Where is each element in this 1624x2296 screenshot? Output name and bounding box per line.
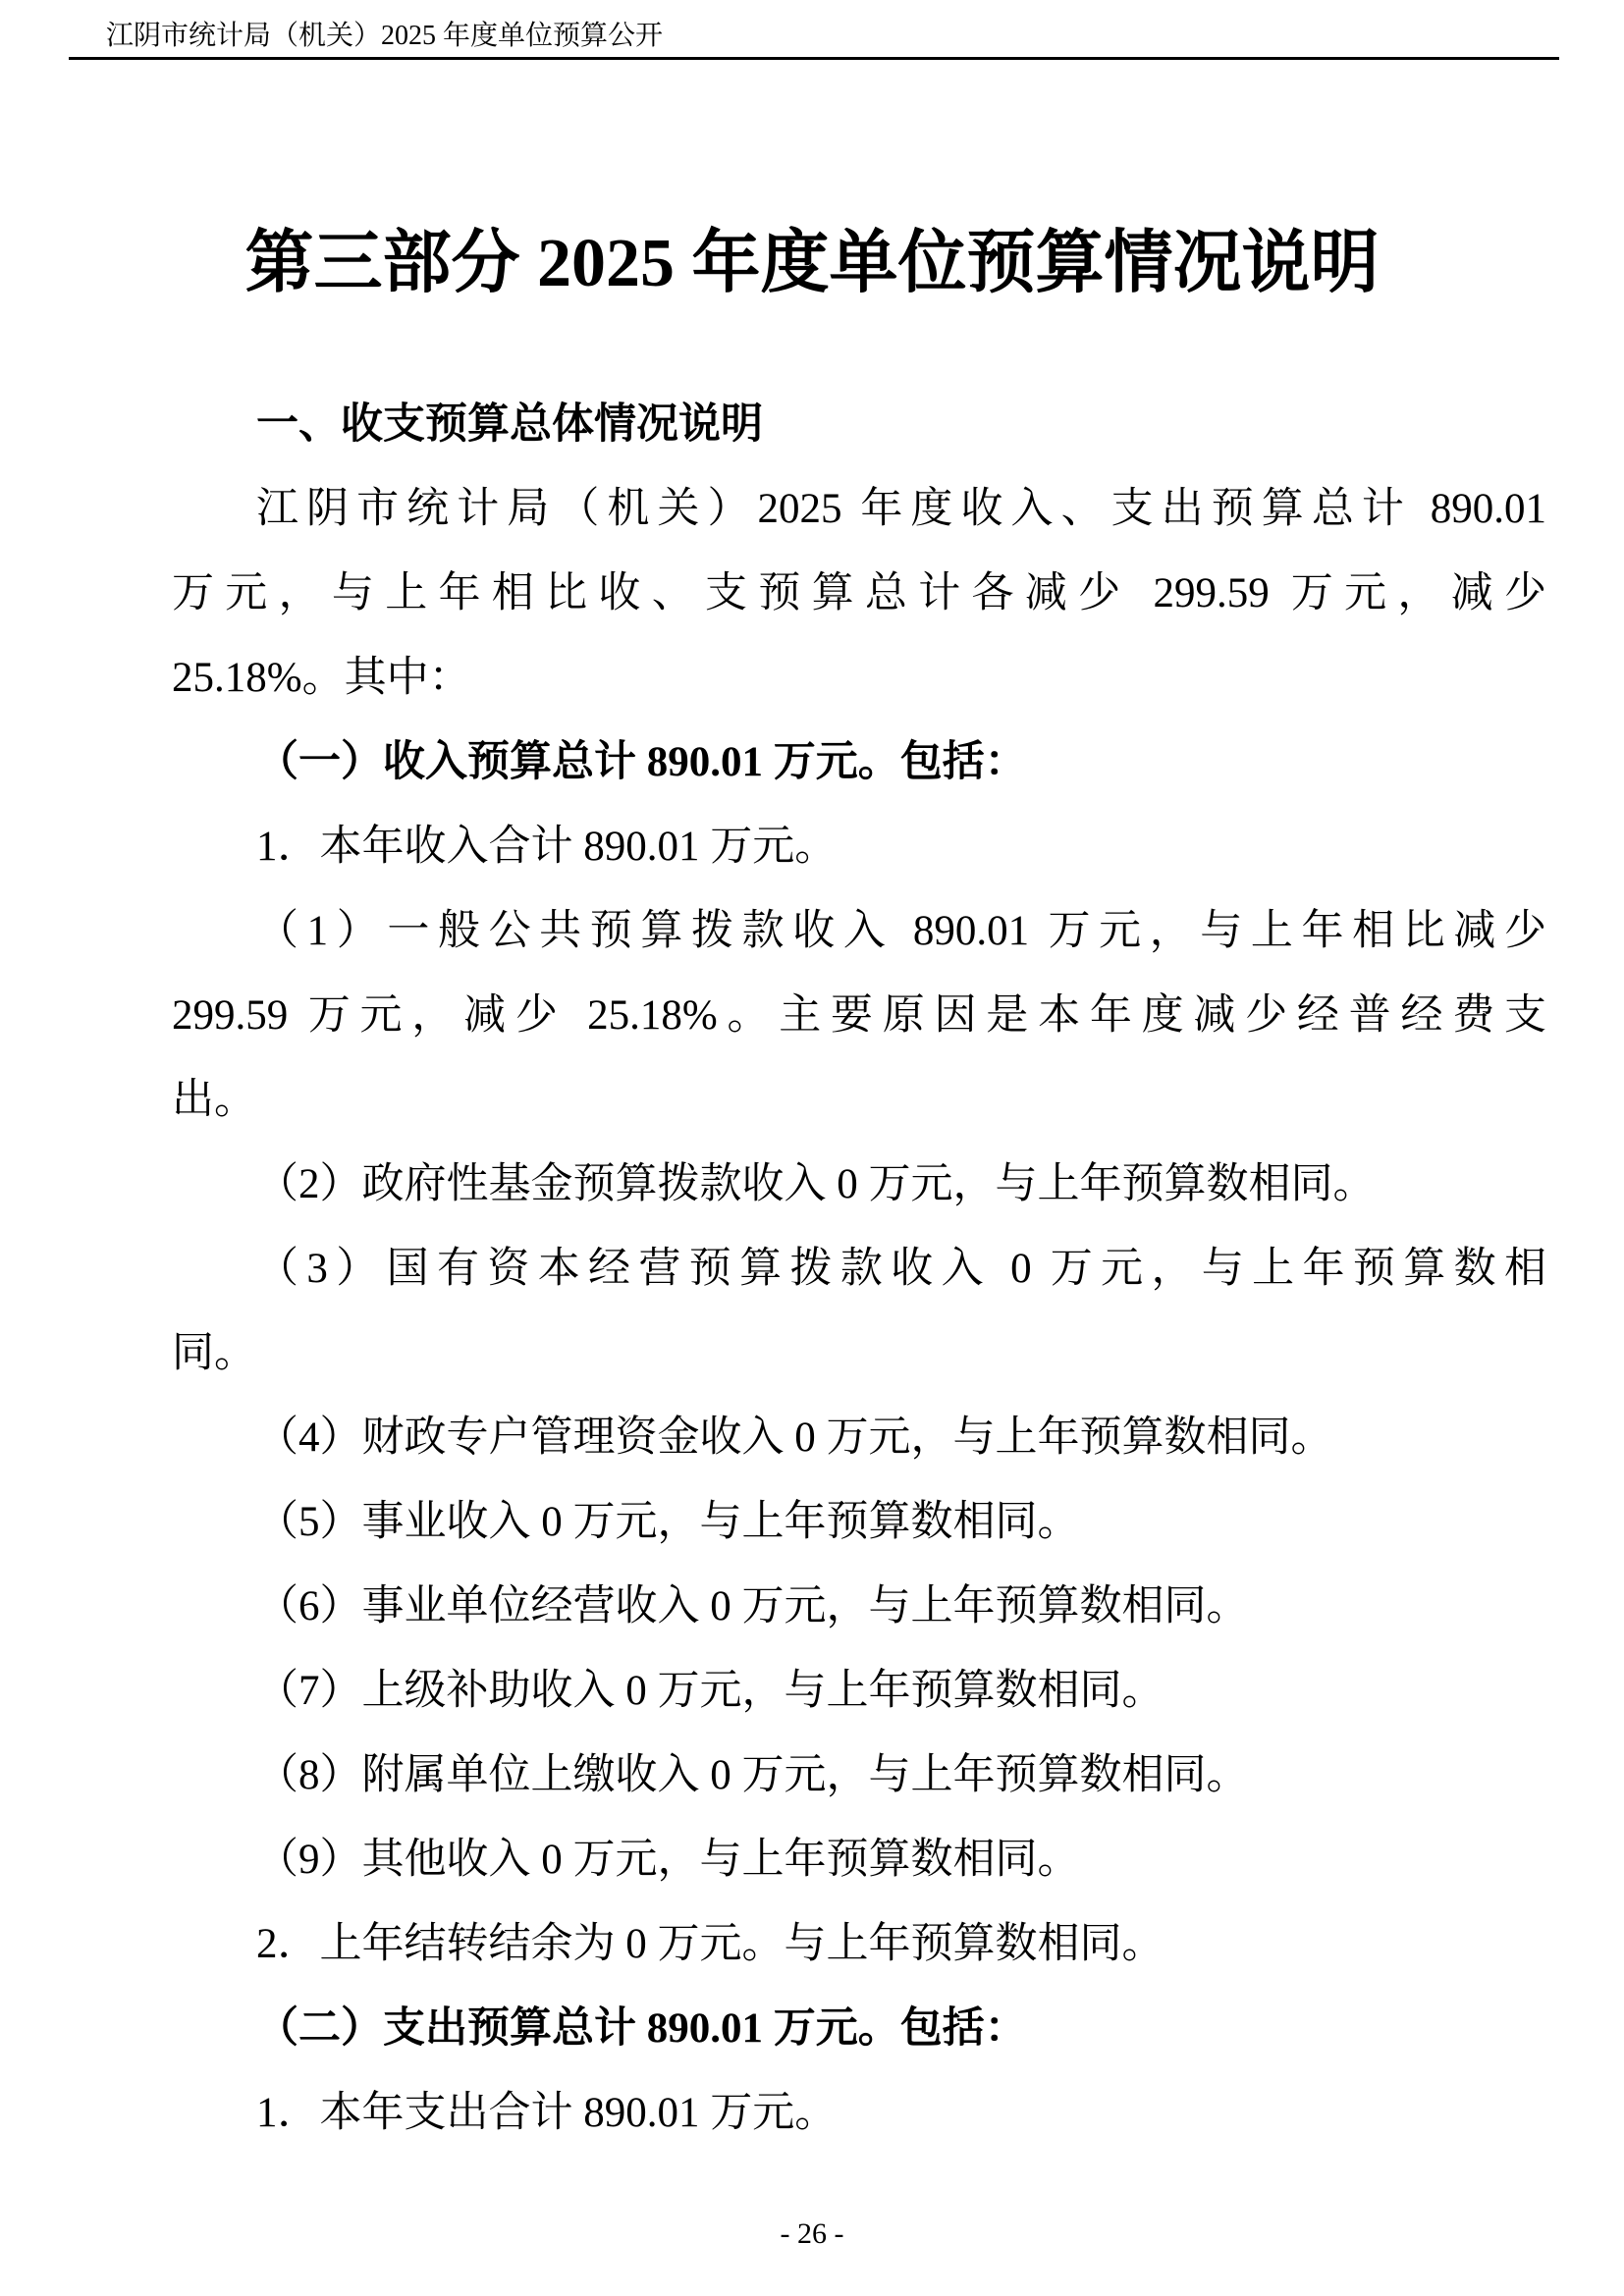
- document-title: 第三部分 2025 年度单位预算情况说明: [0, 218, 1624, 310]
- item-carryover: 2．上年结转结余为 0 万元。与上年预算数相同。: [172, 1902, 1546, 1987]
- section-heading-overall: 一、收支预算总体情况说明: [172, 383, 1546, 467]
- item-income-total: 1．本年收入合计 890.01 万元。: [172, 805, 1546, 889]
- document-page: 江阴市统计局（机关）2025 年度单位预算公开 第三部分 2025 年度单位预算…: [0, 0, 1624, 2296]
- item-income-1-line-2: 299.59 万元，减少 25.18%。主要原因是本年度减少经普经费支: [172, 974, 1546, 1058]
- item-income-5: （5）事业收入 0 万元，与上年预算数相同。: [172, 1480, 1546, 1565]
- para-overall-line-1: 江阴市统计局（机关）2025 年度收入、支出预算总计 890.01: [172, 467, 1546, 552]
- item-income-6: （6）事业单位经营收入 0 万元，与上年预算数相同。: [172, 1565, 1546, 1649]
- para-overall-line-2: 万元，与上年相比收、支预算总计各减少 299.59 万元，减少: [172, 552, 1546, 636]
- item-income-4: （4）财政专户管理资金收入 0 万元，与上年预算数相同。: [172, 1396, 1546, 1480]
- item-income-8: （8）附属单位上缴收入 0 万元，与上年预算数相同。: [172, 1734, 1546, 1818]
- item-income-9: （9）其他收入 0 万元，与上年预算数相同。: [172, 1818, 1546, 1902]
- page-header-title: 江阴市统计局（机关）2025 年度单位预算公开: [106, 20, 663, 53]
- subsection-heading-income: （一）收入预算总计 890.01 万元。包括：: [172, 721, 1546, 805]
- item-income-7: （7）上级补助收入 0 万元，与上年预算数相同。: [172, 1649, 1546, 1734]
- item-income-3-line-2: 同。: [172, 1311, 1546, 1396]
- page-number: - 26 -: [0, 2215, 1624, 2254]
- document-body: 一、收支预算总体情况说明 江阴市统计局（机关）2025 年度收入、支出预算总计 …: [172, 383, 1546, 2156]
- header-rule: [69, 57, 1559, 60]
- item-income-3-line-1: （3）国有资本经营预算拨款收入 0 万元，与上年预算数相: [172, 1227, 1546, 1311]
- item-income-2: （2）政府性基金预算拨款收入 0 万元，与上年预算数相同。: [172, 1143, 1546, 1227]
- item-income-1-line-1: （1）一般公共预算拨款收入 890.01 万元，与上年相比减少: [172, 889, 1546, 974]
- subsection-heading-expenditure: （二）支出预算总计 890.01 万元。包括：: [172, 1987, 1546, 2071]
- para-overall-line-3: 25.18%。其中：: [172, 636, 1546, 721]
- item-income-1-line-3: 出。: [172, 1058, 1546, 1143]
- item-expenditure-total: 1．本年支出合计 890.01 万元。: [172, 2071, 1546, 2156]
